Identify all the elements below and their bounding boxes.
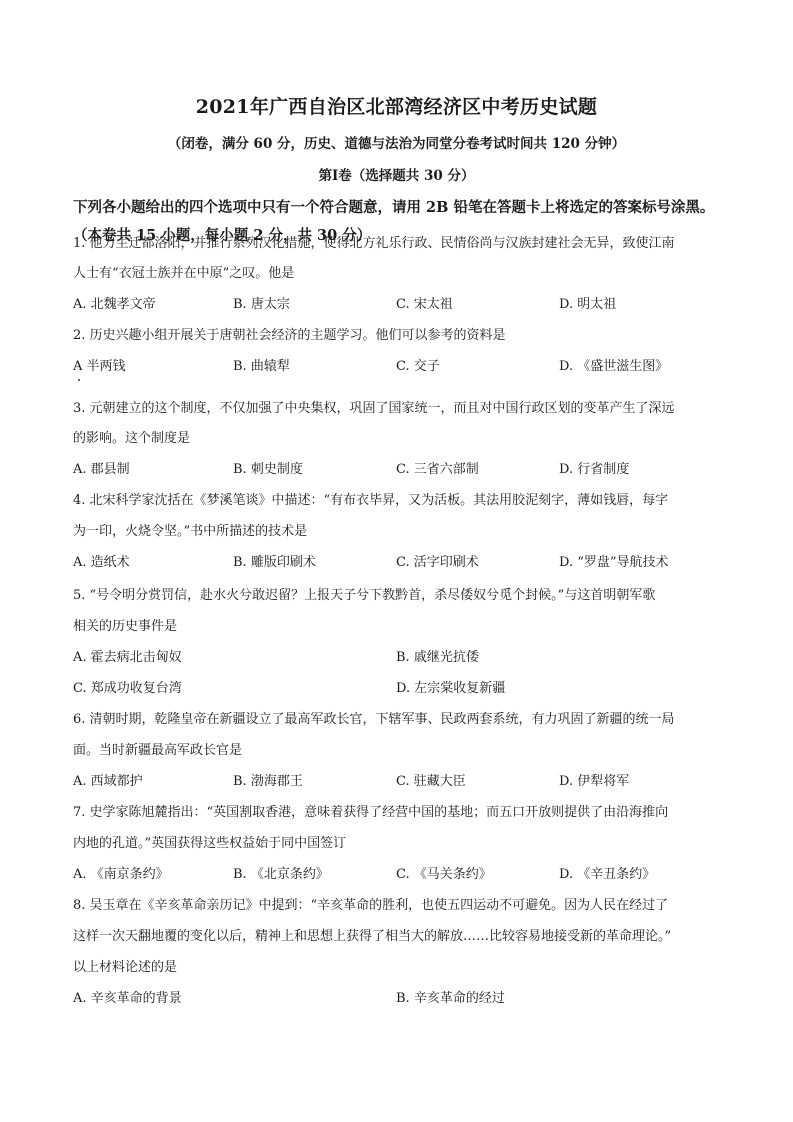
question-3-line-2: 的影响。这个制度是 bbox=[73, 429, 733, 449]
question-6-option-b: B. 渤海郡王 bbox=[233, 772, 303, 792]
question-1-option-b: B. 唐太宗 bbox=[233, 295, 290, 315]
question-5-option-d: D. 左宗棠收复新疆 bbox=[396, 679, 505, 699]
question-7-line-2: 内地的孔道。”英国获得这些权益始于同中国签订 bbox=[73, 834, 733, 854]
question-3-option-b: B. 刺史制度 bbox=[233, 460, 303, 480]
question-6-line-2: 面。当时新疆最高军政长官是 bbox=[73, 741, 733, 761]
question-5-line-2: 相关的历史事件是 bbox=[73, 617, 733, 637]
question-2-option-c: C. 交子 bbox=[396, 357, 440, 377]
question-3-option-c: C. 三省六部制 bbox=[396, 460, 479, 480]
question-4-line-1: 4. 北宋科学家沈括在《梦溪笔谈》中描述：“有布衣毕昇，又为活板。其法用胶泥刻字… bbox=[73, 491, 733, 511]
exam-page: 2021年广西自治区北部湾经济区中考历史试题 （闭卷，满分 60 分，历史、道德… bbox=[0, 0, 793, 1122]
question-8-line-2: 这样一次天翻地覆的变化以后，精神上和思想上获得了相当大的解放……比较容易地接受新… bbox=[73, 927, 733, 947]
question-8-option-a: A. 辛亥革命的背景 bbox=[73, 989, 182, 1009]
stray-mark bbox=[78, 379, 80, 381]
question-1-option-a: A. 北魏孝文帝 bbox=[73, 295, 156, 315]
question-3-line-1: 3. 元朝建立的这个制度，不仅加强了中央集权，巩固了国家统一，而且对中国行政区划… bbox=[73, 399, 733, 419]
question-6-line-1: 6. 清朝时期，乾隆皇帝在新疆设立了最高军政长官，下辖军事、民政两套系统，有力巩… bbox=[73, 710, 733, 730]
question-4-option-a: A. 造纸术 bbox=[73, 553, 130, 573]
question-8-line-3: 以上材料论述的是 bbox=[73, 958, 733, 978]
question-7-option-c: C. 《马关条约》 bbox=[396, 865, 492, 885]
question-4-option-c: C. 活字印刷术 bbox=[396, 553, 479, 573]
question-5-line-1: 5. “号令明分赏罚信，赴水火兮敢迟留？上报天子兮下教黔首，杀尽倭奴兮觅个封候。… bbox=[73, 586, 733, 606]
question-8-line-1: 8. 吴玉章在《辛亥革命亲历记》中提到：“辛亥革命的胜利，也使五四运动不可避免。… bbox=[73, 896, 733, 916]
question-2-option-b: B. 曲辕犁 bbox=[233, 357, 290, 377]
question-4-option-b: B. 雕版印刷术 bbox=[233, 553, 316, 573]
question-2-line-1: 2. 历史兴趣小组开展关于唐朝社会经济的主题学习。他们可以参考的资料是 bbox=[73, 326, 733, 346]
question-6-option-a: A. 西域都护 bbox=[73, 772, 143, 792]
question-8-option-b: B. 辛亥革命的经过 bbox=[396, 989, 505, 1009]
question-7-option-b: B. 《北京条约》 bbox=[233, 865, 329, 885]
question-2-option-a: A 半两钱 bbox=[73, 357, 126, 377]
question-7-option-a: A. 《南京条约》 bbox=[73, 865, 169, 885]
question-7-line-1: 7. 史学家陈旭麓指出：“英国割取香港，意味着获得了经营中国的基地；而五口开放则… bbox=[73, 803, 733, 823]
question-1-option-c: C. 宋太祖 bbox=[396, 295, 453, 315]
section-heading: 第Ⅰ卷（选择题共 30 分） bbox=[0, 166, 793, 186]
question-5-option-a: A. 霍去病北击匈奴 bbox=[73, 648, 182, 668]
question-5-option-c: C. 郑成功收复台湾 bbox=[73, 679, 182, 699]
question-5-option-b: B. 戚继光抗倭 bbox=[396, 648, 479, 668]
question-1-line-1: 1. 他力主迁都洛阳，并推行系列汉化措施，使得北方礼乐行政、民情俗尚与汉族封建社… bbox=[73, 234, 733, 254]
question-1-option-d: D. 明太祖 bbox=[559, 295, 616, 315]
question-4-line-2: 为一印，火烧令坚。”书中所描述的技术是 bbox=[73, 522, 733, 542]
page-title: 2021年广西自治区北部湾经济区中考历史试题 bbox=[0, 94, 793, 120]
question-3-option-a: A. 郡县制 bbox=[73, 460, 130, 480]
question-6-option-d: D. 伊犁将军 bbox=[559, 772, 629, 792]
question-7-option-d: D. 《辛丑条约》 bbox=[559, 865, 655, 885]
question-6-option-c: C. 驻藏大臣 bbox=[396, 772, 466, 792]
exam-subtitle: （闭卷，满分 60 分，历史、道德与法治为同堂分卷考试时间共 120 分钟） bbox=[0, 134, 793, 154]
question-4-option-d: D. “罗盘”导航技术 bbox=[559, 553, 669, 573]
question-3-option-d: D. 行省制度 bbox=[559, 460, 629, 480]
question-1-line-2: 人士有“衣冠士族并在中原”之叹。他是 bbox=[73, 264, 733, 284]
question-2-option-d: D. 《盛世滋生图》 bbox=[559, 357, 668, 377]
